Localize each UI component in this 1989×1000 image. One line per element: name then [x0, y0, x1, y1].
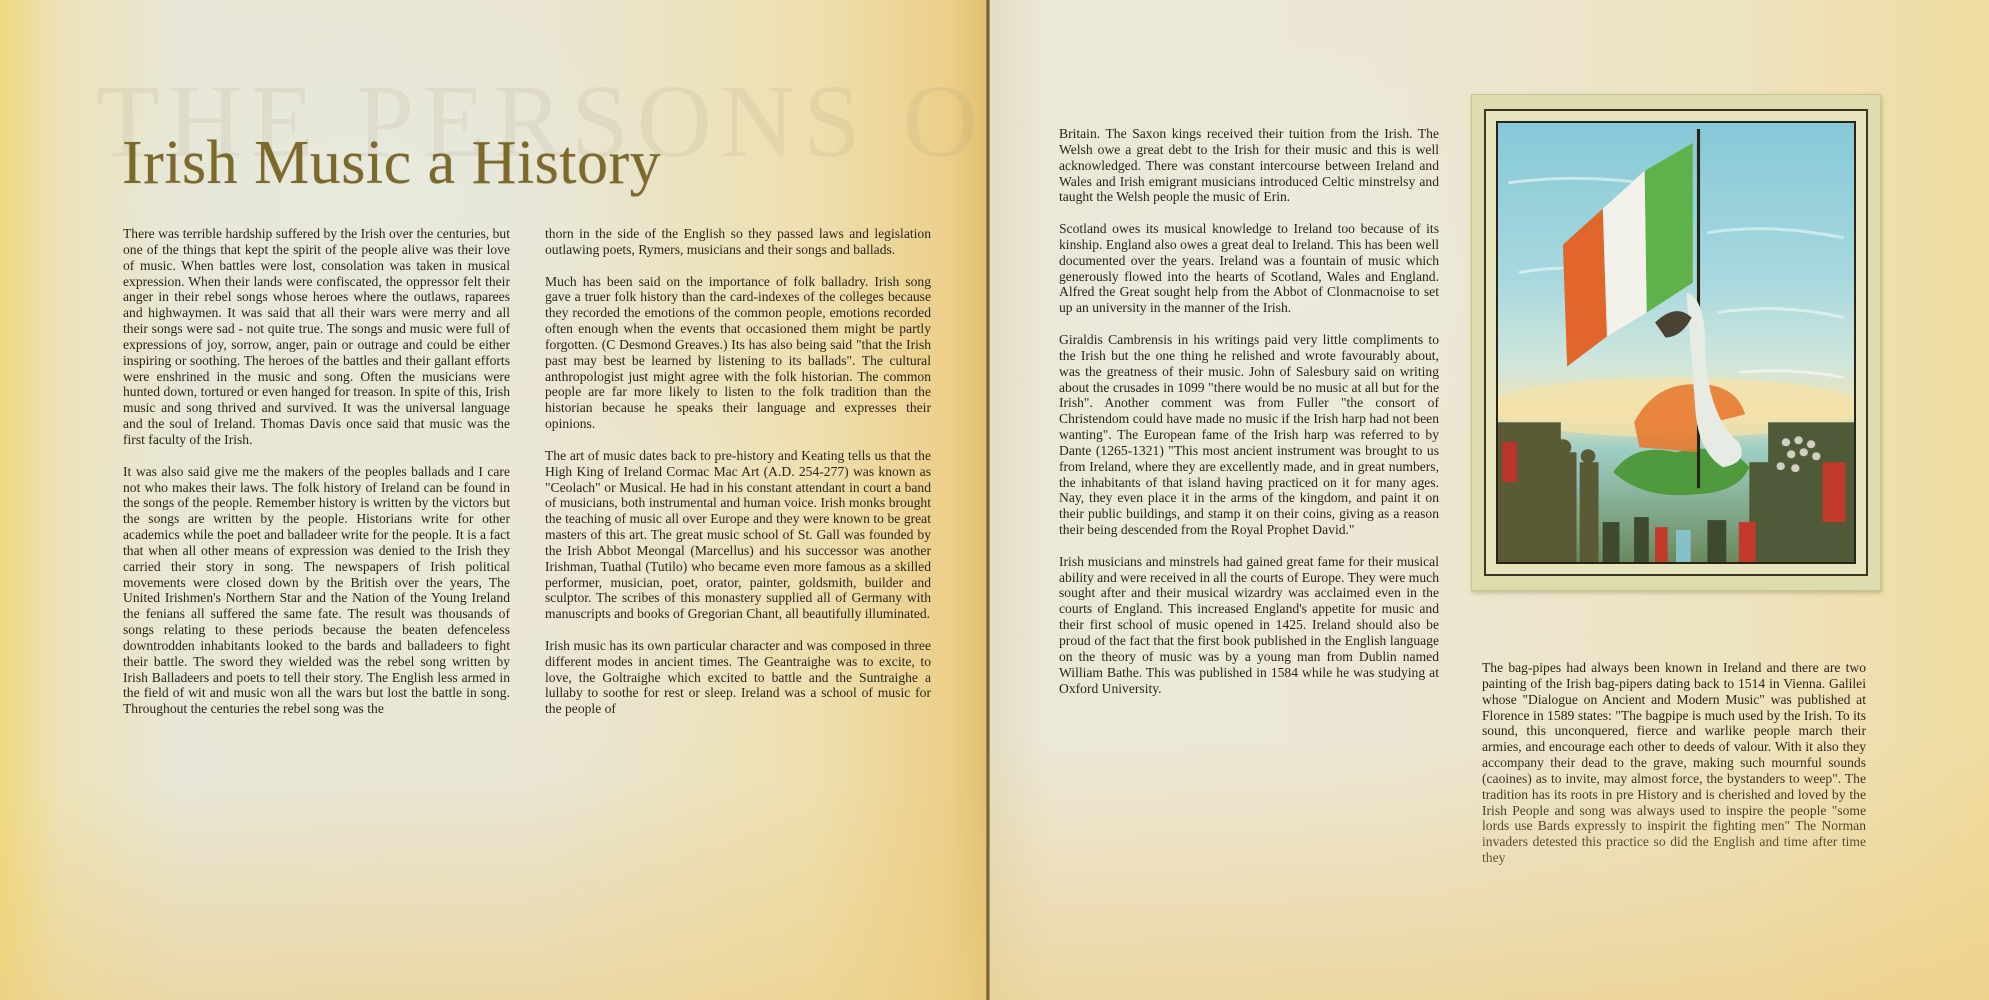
- paragraph: Irish musicians and minstrels had gained…: [1059, 554, 1439, 697]
- text-column-4: The bag-pipes had always been known in I…: [1482, 660, 1866, 866]
- booklet-spread: THE PERSONS OF Irish Music a History The…: [0, 0, 1989, 1000]
- flag-painting-image: [1496, 121, 1856, 564]
- paragraph: Giraldis Cambrensis in his writings paid…: [1059, 332, 1439, 538]
- right-page: Britain. The Saxon kings received their …: [990, 0, 1989, 1000]
- paragraph: Scotland owes its musical knowledge to I…: [1059, 221, 1439, 316]
- text-column-1: There was terrible hardship suffered by …: [123, 226, 510, 717]
- paragraph: thorn in the side of the English so they…: [545, 226, 931, 258]
- paragraph: It was also said give me the makers of t…: [123, 464, 510, 718]
- text-column-2: thorn in the side of the English so they…: [545, 226, 931, 717]
- left-page: THE PERSONS OF Irish Music a History The…: [0, 0, 988, 1000]
- paragraph: The bag-pipes had always been known in I…: [1482, 660, 1866, 866]
- text-column-3: Britain. The Saxon kings received their …: [1059, 126, 1439, 696]
- paragraph: Irish music has its own particular chara…: [545, 638, 931, 717]
- page-title: Irish Music a History: [122, 128, 661, 199]
- painting-frame: [1471, 94, 1881, 591]
- paragraph: Much has been said on the importance of …: [545, 274, 931, 432]
- paragraph: There was terrible hardship suffered by …: [123, 226, 510, 448]
- paragraph: The art of music dates back to pre-histo…: [545, 448, 931, 622]
- tricolour-flag-illustration: [1498, 123, 1854, 562]
- painting-mat: [1484, 109, 1868, 576]
- paragraph: Britain. The Saxon kings received their …: [1059, 126, 1439, 205]
